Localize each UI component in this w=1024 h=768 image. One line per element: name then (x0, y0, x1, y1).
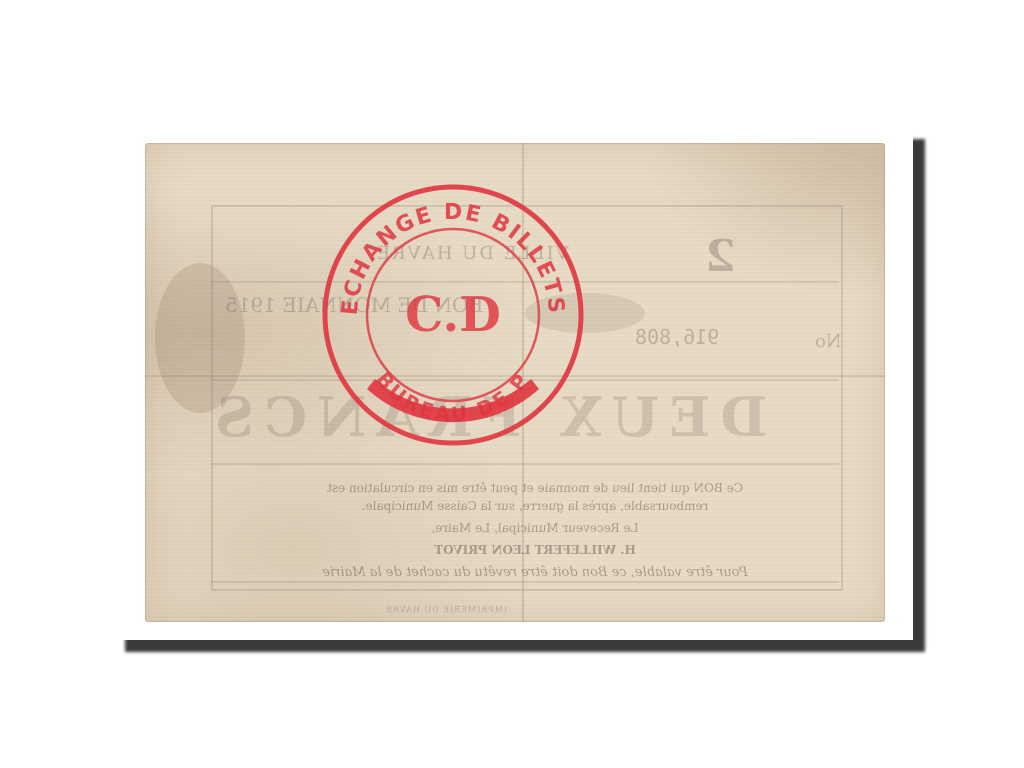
banknote-reverse: 2 VILLE DU HAVRE BON DE MONNAIE 1915 916… (145, 143, 885, 622)
show-through-text-line: H. WILLEFERT LEON PRIVOT (235, 543, 835, 557)
show-through-text-line: Pour être valable, ce Bon doit être revê… (235, 565, 835, 580)
printed-rule (211, 463, 839, 465)
show-through-text-line: Ce BON qui tient lieu de monnaie et peut… (235, 481, 835, 495)
svg-text:BUREAU DE P: BUREAU DE P (371, 367, 534, 426)
stamp-graphic: ECHANGE DE BILLETS BUREAU DE P C.D (317, 179, 589, 451)
stamp-bottom-text: BUREAU DE P (371, 367, 534, 426)
stamp-center-text: C.D (405, 287, 501, 343)
show-through-text-line: Le Receveur Municipal, Le Maire, (235, 521, 835, 535)
show-through-value: 2 (705, 231, 736, 282)
show-through-text-line: remboursable, après la guerre, sur la Ca… (235, 499, 835, 513)
red-exchange-stamp: ECHANGE DE BILLETS BUREAU DE P C.D (317, 179, 589, 451)
printed-rule (211, 581, 839, 583)
show-through-serial-prefix: No (815, 331, 842, 352)
show-through-serial: 916,808 (635, 325, 719, 349)
show-through-printer: IMPRIMERIE DU HAVRE (385, 605, 507, 614)
